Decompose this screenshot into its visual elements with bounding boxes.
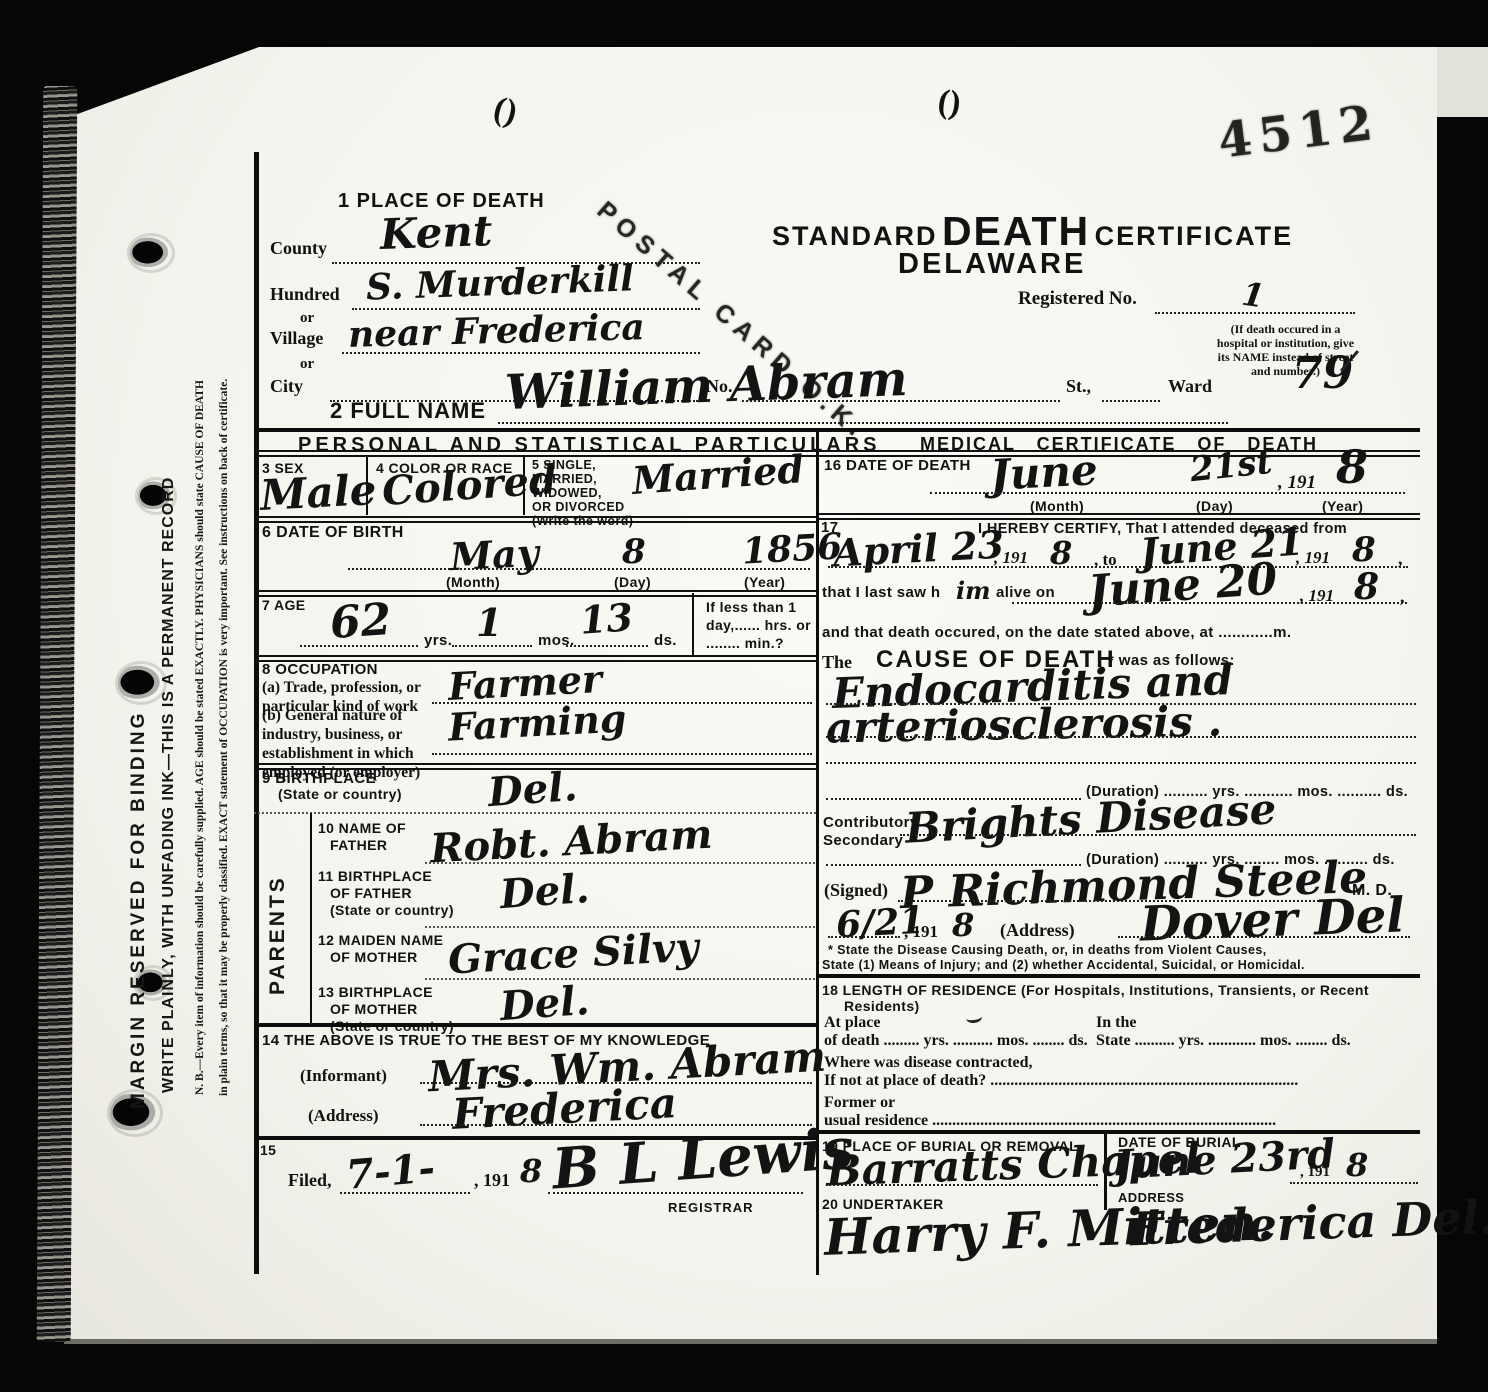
full-name-line [498,422,1228,424]
signed-address-line [1118,936,1410,938]
age-label: 7 AGE [262,597,306,613]
age-years-value: 62 [328,594,393,649]
registrar-line [548,1192,803,1194]
contributory-line [900,834,1416,836]
title-standard: STANDARD [772,221,938,251]
age-note: If less than 1 day,...... hrs. or ......… [706,598,821,652]
at-place-label-l2: of death ......... yrs. .......... mos. … [824,1032,1088,1050]
date-of-birth-label: 6 DATE OF BIRTH [262,524,404,542]
in-the-label: In the [1096,1014,1136,1032]
occupation-b-value: Farming [447,695,628,749]
father-birthplace-value: Del. [498,865,590,918]
attended-to-year-printed: , 191 [1296,548,1330,568]
city-label: City [270,376,303,397]
scan-top-right-patch [1437,47,1488,117]
street-line [1102,400,1160,402]
father-name-line [425,862,815,864]
county-value: Kent [379,206,493,259]
occupation-b-line [432,753,812,755]
age-yrs-label: yrs. [424,632,452,649]
parents-bottom-rule [254,1023,816,1027]
signed-date-line [828,936,900,938]
registrar-label: REGISTRAR [668,1200,754,1215]
street-label: St., [1066,376,1091,397]
age-note-divider [692,593,694,655]
age-days-value: 13 [578,594,634,643]
signed-label: (Signed) [824,880,888,901]
attended-to-year-written: 8 [1352,530,1376,570]
or-label-1: or [300,310,314,327]
last-saw-him-overwrite: im [956,576,991,605]
dod-day-caption: (Day) [1196,498,1233,514]
informant-label: (Informant) [300,1066,387,1086]
item-15: 15 [260,1142,276,1158]
registered-no-label: Registered No. [1018,288,1137,310]
father-birthplace-label: 11 BIRTHPLACE OF FATHER (State or countr… [318,868,458,919]
signed-year-printed: , 191 [904,922,938,942]
residence-heading: 18 LENGTH OF RESIDENCE (For Hospitals, I… [822,982,1422,1014]
dod-row-rule [819,513,1420,520]
age-months-value: 1 [476,600,502,645]
dob-line [348,568,810,570]
father-name-label: 10 NAME OF FATHER [318,820,428,854]
at-place-label-l1: At place [824,1014,880,1032]
contracted-label-l1: Where was disease contracted, [824,1054,1033,1072]
secondary-label: Secondary [823,832,903,849]
margin-note-permanent-record: WRITE PLAINLY, WITH UNFADING INK—THIS IS… [160,300,178,1270]
dod-year-caption: (Year) [1322,498,1363,514]
birthplace-line [254,812,816,814]
last-saw-label-post: alive on [996,584,1055,601]
form-left-border [254,152,259,1274]
dob-month-caption: (Month) [446,574,500,590]
village-label: Village [270,328,323,349]
cause-line-3 [826,762,1416,764]
age-line-1 [300,645,418,647]
margin-note-nb-line2: in plain terms, so that it may be proper… [218,190,230,1285]
attended-from-year-printed: , 191 [994,548,1028,568]
sex-row-rule [254,516,816,523]
margin-note-binding: MARGIN RESERVED FOR BINDING [128,620,150,1200]
dob-day-value: 8 [622,532,646,572]
cause-value-line2: arteriosclerosis . [826,697,1223,753]
dod-day-value: 21st [1188,442,1274,490]
former-residence-l2: usual residence ........................… [824,1112,1276,1130]
filed-label: Filed, [288,1170,332,1191]
parents-group-label: PARENTS [266,845,290,1025]
medical-section-rule [819,974,1420,978]
signed-address-label: (Address) [1000,920,1075,941]
burial-date-line [1290,1182,1418,1184]
filed-date-value: 7-1- [344,1144,437,1199]
filed-date-line [340,1192,470,1194]
occupation-label: 8 OCCUPATION [262,661,378,678]
sex-value: Male [259,465,378,520]
village-value: near Frederica [348,306,646,356]
filed-year-printed: , 191 [474,1170,510,1191]
date-of-death-label: 16 DATE OF DEATH [824,457,971,474]
signed-year-written: 8 [952,906,974,944]
age-ds-label: ds. [654,632,677,649]
binding-edge-texture [37,86,78,1342]
mother-birthplace-label: 13 BIRTHPLACE OF MOTHER (State or countr… [318,984,458,1035]
punch-hole [130,236,172,270]
contracted-label-l2: If not at place of death? ..............… [824,1072,1298,1090]
birthplace-sublabel: (State or country) [278,786,402,802]
age-line-2 [452,645,532,647]
margin-note-nb-line1: N. B.—Every item of information should b… [194,190,206,1285]
ward-label: Ward [1168,376,1212,397]
informant-address-label: (Address) [308,1106,379,1126]
dob-day-caption: (Day) [614,574,651,590]
burial-year-written: 8 [1346,1146,1368,1184]
death-occurred-line: and that death occured, on the date stat… [822,624,1291,641]
birthplace-value: Del. [486,763,578,816]
dob-row-rule [254,590,816,597]
mother-name-line [425,978,815,980]
state-residence-line: State .......... yrs. ............ mos. … [1096,1032,1351,1050]
dod-month-caption: (Month) [1030,498,1084,514]
title-certificate: CERTIFICATE [1095,221,1294,251]
cause-footnote: * State the Disease Causing Death, or, i… [828,943,1428,973]
burial-place-line [826,1184,1098,1186]
burial-year-printed: , 191 [1300,1164,1330,1181]
age-line-3 [566,645,648,647]
county-label: County [270,238,327,259]
title-state: DELAWARE [898,248,1086,281]
dob-year-caption: (Year) [744,574,785,590]
dod-line [930,492,1405,494]
filed-year-written: 8 [520,1152,542,1190]
parents-divider [310,813,312,1023]
last-saw-label-pre: that I last saw h [822,584,941,601]
last-saw-line [1012,602,1407,604]
dob-month-value: May [449,530,540,580]
hospital-note: (If death occured in a hospital or insti… [1158,322,1413,378]
former-residence-l1: Former or [824,1094,895,1112]
birthplace-label: 9 BIRTHPLACE [262,770,376,787]
cause-line-2 [826,736,1416,738]
or-label-2: or [300,356,314,373]
dod-year-written: 8 [1336,440,1368,494]
full-name-label: 2 FULL NAME [330,398,486,424]
mother-name-label: 12 MAIDEN NAME OF MOTHER [318,932,458,966]
dod-year-printed: , 191 [1278,472,1316,494]
hundred-label: Hundred [270,284,340,305]
